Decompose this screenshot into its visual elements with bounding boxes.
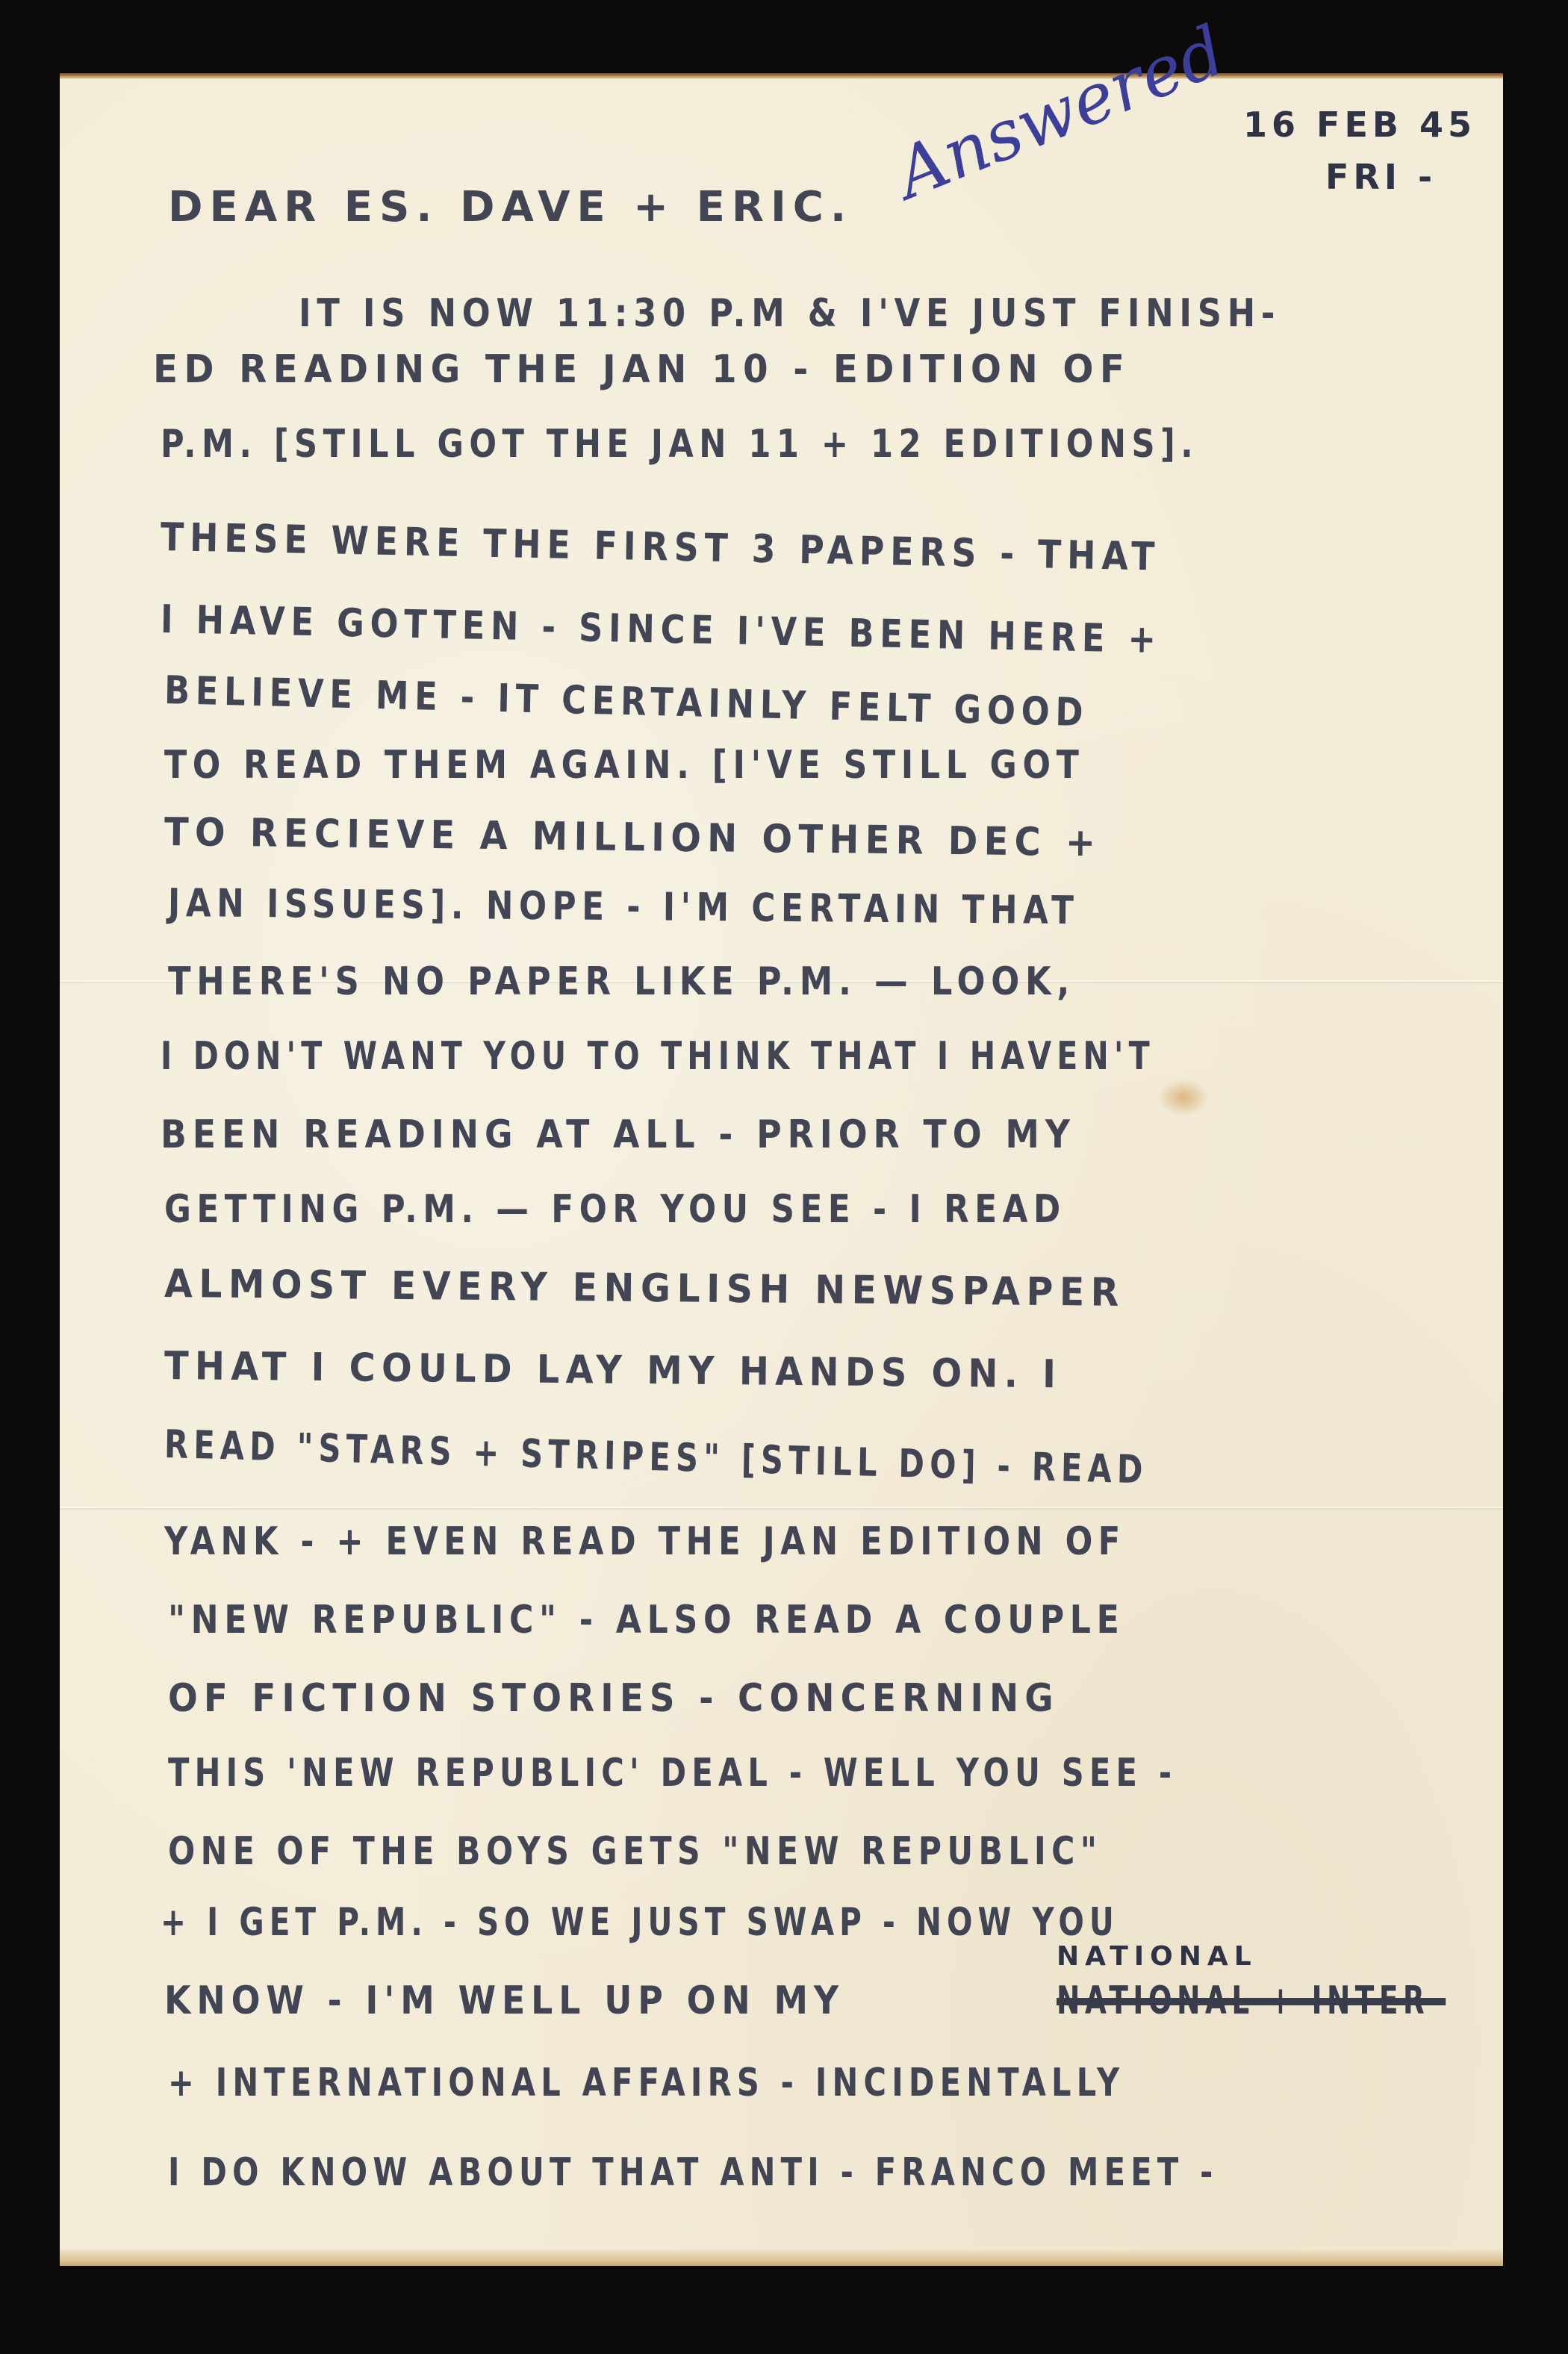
letter-line: YANK - + EVEN READ THE JAN EDITION OF [164, 1519, 1126, 1564]
letter-line: OF FICTION STORIES - CONCERNING [168, 1676, 1060, 1721]
paper-top-edge [60, 73, 1503, 79]
letter-date: 16 FEB 45 [1243, 105, 1476, 145]
letter-line: P.M. [STILL GOT THE JAN 11 + 12 EDITIONS… [161, 422, 1198, 467]
letter-line: TO READ THEM AGAIN. [I'VE STILL GOT [164, 743, 1085, 788]
letter-line: I DO KNOW ABOUT THAT ANTI - FRANCO MEET … [168, 2150, 1219, 2195]
letter-line: ED READING THE JAN 10 - EDITION OF [153, 347, 1130, 392]
letter-line: "NEW REPUBLIC" - ALSO READ A COUPLE [168, 1598, 1124, 1642]
letter-line: GETTING P.M. — FOR YOU SEE - I READ [164, 1187, 1066, 1232]
letter-day: FRI - [1325, 157, 1437, 197]
letter-line: I DON'T WANT YOU TO THINK THAT I HAVEN'T [161, 1034, 1155, 1079]
letter-line: JAN ISSUES]. NOPE - I'M CERTAIN THAT [168, 881, 1080, 933]
letter-line: + INTERNATIONAL AFFAIRS - INCIDENTALLY [168, 2061, 1124, 2105]
salutation: DEAR ES. DAVE + ERIC. [168, 183, 853, 231]
letter-line: + I GET P.M. - SO WE JUST SWAP - NOW YOU [161, 1900, 1119, 1945]
paper-bottom-edge [60, 2249, 1503, 2266]
struck-out-text: NATIONAL + INTER- [1057, 1978, 1446, 2023]
letter-line: THIS 'NEW REPUBLIC' DEAL - WELL YOU SEE … [168, 1751, 1177, 1796]
inserted-word: NATIONAL [1057, 1941, 1257, 1972]
letter-line: ALMOST EVERY ENGLISH NEWSPAPER [164, 1262, 1125, 1315]
coffee-stain [1157, 1079, 1210, 1116]
letter-line: KNOW - I'M WELL UP ON MY [164, 1978, 844, 2023]
letter-line: BEEN READING AT ALL - PRIOR TO MY [161, 1112, 1076, 1157]
paper-fold [60, 1507, 1503, 1508]
letter-line: ONE OF THE BOYS GETS "NEW REPUBLIC" [168, 1829, 1102, 1874]
letter-line: IT IS NOW 11:30 P.M & I'VE JUST FINISH- [299, 291, 1281, 336]
letter-line: THERE'S NO PAPER LIKE P.M. — LOOK, [168, 959, 1075, 1004]
letter-line: THAT I COULD LAY MY HANDS ON. I [164, 1344, 1063, 1397]
